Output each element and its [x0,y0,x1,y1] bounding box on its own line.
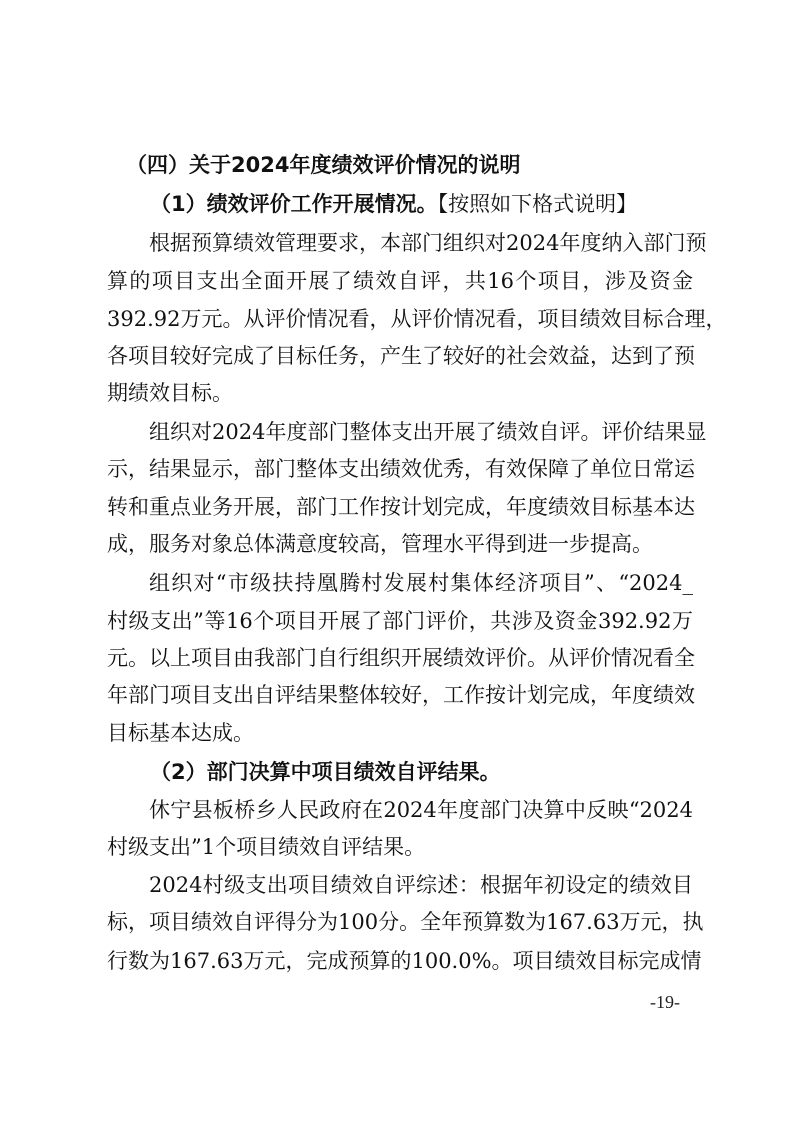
paragraph-4-line: 休宁县板桥乡人民政府在2024年度部门决算中反映“2024 [149,795,693,825]
paragraph-5-line: 标，项目绩效自评得分为100分。全年预算数为167.63万元，执 [107,907,693,937]
paragraph-4-line: 村级支出”1个项目绩效自评结果。 [107,832,693,862]
paragraph-1-line: 期绩效目标。 [107,378,693,408]
paragraph-1-line: 算的项目支出全面开展了绩效自评，共16个项目，涉及资金 [107,266,693,296]
paragraph-2-line: 转和重点业务开展，部门工作按计划完成，年度绩效目标基本达 [107,492,693,522]
subsection-1-note: 【按照如下格式说明】 [438,192,638,216]
section-heading: （四）关于2024年度绩效评价情况的说明 [126,150,686,180]
paragraph-3-line: 元。以上项目由我部门自行组织开展绩效评价。从评价情况看全 [107,643,693,673]
subsection-1-heading: （1）绩效评价工作开展情况。【按照如下格式说明】 [150,189,690,219]
paragraph-3-line: 目标基本达成。 [107,718,693,748]
paragraph-3-line: 组织对“市级扶持凰腾村发展村集体经济项目”、“2024_ [149,568,693,598]
subsection-2-heading: （2）部门决算中项目绩效自评结果。 [150,757,690,787]
paragraph-1-line: 各项目较好完成了目标任务，产生了较好的社会效益，达到了预 [107,341,693,371]
paragraph-1-line: 392.92万元。从评价情况看，从评价情况看，项目绩效目标合理， [107,304,693,334]
paragraph-5-line: 2024村级支出项目绩效自评综述：根据年初设定的绩效目 [149,870,693,900]
paragraph-2-line: 成，服务对象总体满意度较高，管理水平得到进一步提高。 [107,529,693,559]
paragraph-2-line: 组织对2024年度部门整体支出开展了绩效自评。评价结果显 [149,417,693,447]
page-number: -19- [650,990,680,1014]
paragraph-5-line: 行数为167.63万元，完成预算的100.0%。项目绩效目标完成情 [107,946,693,976]
paragraph-3-line: 村级支出”等16个项目开展了部门评价，共涉及资金392.92万 [107,606,693,636]
paragraph-2-line: 示，结果显示，部门整体支出绩效优秀，有效保障了单位日常运 [107,454,693,484]
paragraph-1-line: 根据预算绩效管理要求，本部门组织对2024年度纳入部门预 [149,228,693,258]
subsection-1-title: （1）绩效评价工作开展情况。 [150,192,438,216]
paragraph-3-line: 年部门项目支出自评结果整体较好，工作按计划完成，年度绩效 [107,680,693,710]
document-page: （四）关于2024年度绩效评价情况的说明 （1）绩效评价工作开展情况。【按照如下… [0,0,793,1122]
